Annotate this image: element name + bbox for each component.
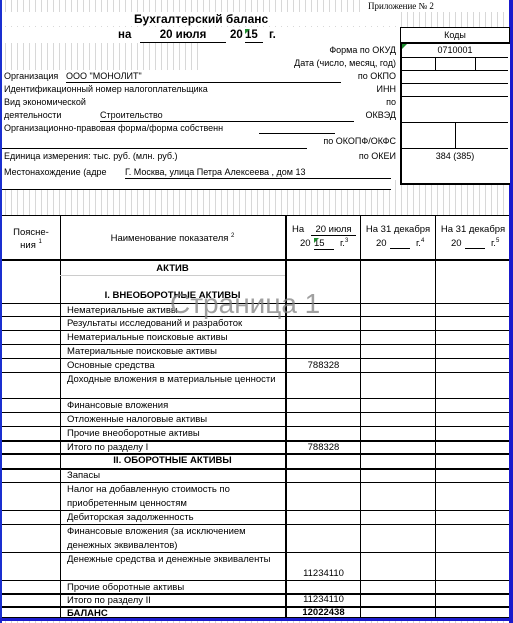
report-title: Бухгалтерский баланс [134,13,268,26]
row-value[interactable]: 11234110 [287,594,360,605]
row-label: Денежные средства и денежные эквиваленты [67,553,285,567]
col-notes-header: Поясне-ния 1 [2,226,60,252]
col1-on: На [292,224,304,235]
unit-label: Единица измерения: тыс. руб. (млн. руб.) [4,151,178,162]
report-date-field[interactable]: 20 июля [140,29,226,43]
okud-label: Форма по ОКУД [200,45,396,56]
codes-title: Коды [401,30,509,41]
activity-label-1: Вид экономической [4,97,86,108]
org-label: Организация [4,71,58,82]
col2-unit: г.4 [416,238,424,249]
year-unit: г. [269,29,276,42]
okud-code[interactable]: 0710001 [402,45,508,56]
page-bottom-border [0,618,513,621]
row-value[interactable]: 788328 [287,360,360,371]
location-label: Местонахождение (адре [4,167,106,178]
inn-label: ИНН [300,84,396,95]
col3-year-prefix: 20 [451,238,462,249]
row-label: Материальные поисковые активы [67,345,285,359]
col2-year-prefix: 20 [376,238,387,249]
row-value[interactable]: 11234110 [287,568,360,579]
row-label: Основные средства [67,359,285,373]
col-name-header: Наименование показателя 2 [60,233,285,244]
codes-box [400,42,510,185]
on-label: на [118,29,131,42]
row-label: Результаты исследований и разработок [67,317,285,331]
row-label: Отложенные налоговые активы [67,413,285,427]
section-asset: АКТИВ [60,263,285,274]
section-current: II. ОБОРОТНЫЕ АКТИВЫ [60,455,285,466]
col3-unit: г.5 [491,238,499,249]
appendix-label: Приложение № 2 [368,1,434,12]
okei-label: по ОКЕИ [300,151,396,162]
org-name-field[interactable]: ООО "МОНОЛИТ" [66,71,341,83]
location-field[interactable]: Г. Москва, улица Петра Алексеева , дом 1… [125,167,391,179]
row-label: Финансовые вложения (за исключением дене… [67,525,285,553]
row-label: Финансовые вложения [67,399,285,413]
col2-year-field[interactable] [390,238,410,249]
row-label: Нематериальные поисковые активы [67,331,285,345]
okei-code[interactable]: 384 (385) [402,151,508,162]
row-label: Прочие внеоборотные активы [67,427,285,441]
section-noncurrent: I. ВНЕОБОРОТНЫЕ АКТИВЫ [60,290,285,301]
okopf-label: по ОКОПФ/ОКФС [250,136,396,147]
comment-marker-icon [402,44,407,49]
activity-field[interactable]: Строительство [100,110,354,122]
col3-year-field[interactable] [465,238,485,249]
col1-date-field[interactable]: 20 июля [311,224,356,236]
row-label: Налог на добавленную стоимость по приобр… [67,483,285,511]
row-label: Доходные вложения в материальные ценност… [67,373,285,387]
col1-year-prefix: 20 [300,238,311,249]
date-label: Дата (число, месяц, год) [200,58,396,69]
comment-marker-icon [245,29,250,34]
year-prefix: 20 [230,29,243,42]
row-value[interactable]: 788328 [287,442,360,453]
col1-unit: г.3 [340,238,348,249]
legal-form-label: Организационно-правовая форма/форма собс… [4,123,223,134]
col2-title: На 31 декабря [361,224,435,235]
inn-field-label: Идентификационный номер налогоплательщик… [4,84,208,95]
row-label: Дебиторская задолженность [67,511,285,525]
activity-label-2: деятельности [4,110,61,121]
okved-label-1: по [300,97,396,108]
col3-title: На 31 декабря [436,224,510,235]
comment-marker-icon [314,238,319,243]
row-label: Запасы [67,469,285,483]
